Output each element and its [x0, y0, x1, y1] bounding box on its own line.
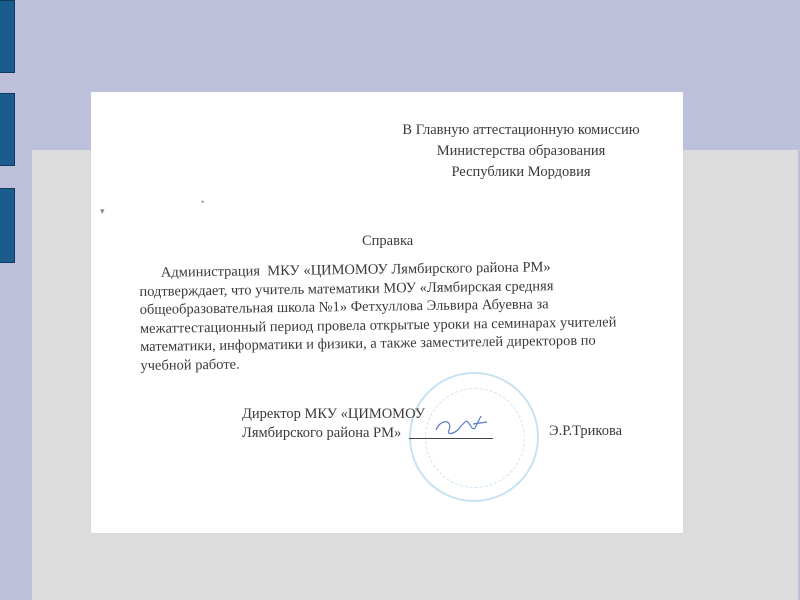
scan-speck: • — [201, 197, 204, 207]
decor-bar-1 — [0, 0, 15, 73]
addressee-line: Республики Мордовия — [391, 162, 651, 183]
signature-position: Директор МКУ «ЦИМОМОУ Лямбирского района… — [242, 405, 425, 443]
decor-bar-2 — [0, 93, 15, 166]
handwritten-signature-icon — [431, 412, 491, 442]
document-title: Справка — [362, 234, 413, 249]
addressee-block: В Главную аттестационную комиссию Минист… — [391, 120, 651, 183]
scanned-document: В Главную аттестационную комиссию Минист… — [91, 92, 683, 533]
document-body: Администрация МКУ «ЦИМОМОУ Лямбирского р… — [139, 257, 617, 375]
scan-speck: ▾ — [100, 206, 105, 217]
addressee-line: В Главную аттестационную комиссию — [391, 120, 651, 141]
addressee-line: Министерства образования — [391, 141, 651, 162]
decor-bar-3 — [0, 188, 15, 263]
position-line: Лямбирского района РМ» — [242, 424, 425, 443]
signatory-name: Э.Р.Трикова — [549, 424, 622, 439]
position-line: Директор МКУ «ЦИМОМОУ — [242, 405, 425, 424]
